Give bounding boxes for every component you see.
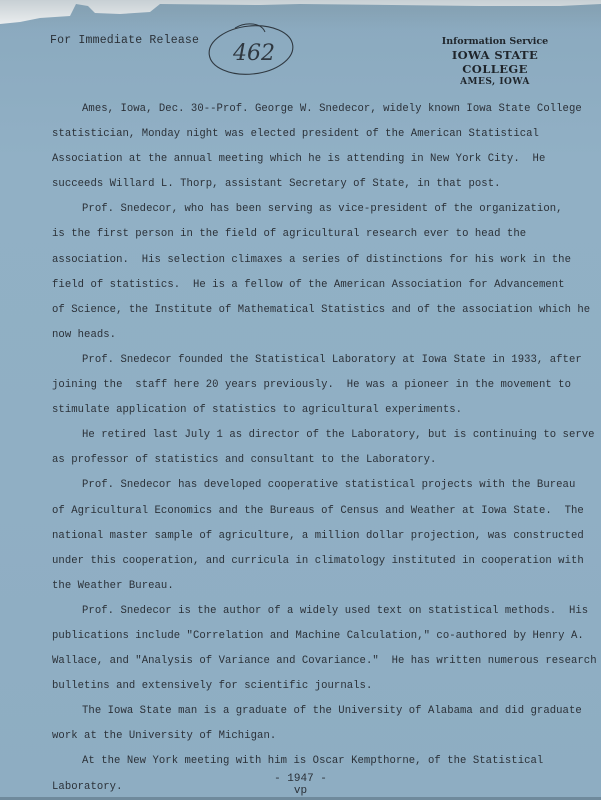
- text-line: Prof. Snedecor, who has been serving as …: [52, 197, 572, 222]
- letterhead-city: AMES, IOWA: [420, 76, 570, 88]
- text-line: as professor of statistics and consultan…: [52, 448, 572, 473]
- footer-initials: vp: [0, 785, 601, 797]
- text-line: statistician, Monday night was elected p…: [52, 122, 572, 147]
- text-line: association. His selection climaxes a se…: [52, 248, 572, 273]
- text-line: Prof. Snedecor is the author of a widely…: [52, 599, 572, 624]
- release-label: For Immediate Release: [50, 34, 199, 47]
- document-page: For Immediate Release 462 Information Se…: [0, 0, 601, 800]
- paragraph: The Iowa State man is a graduate of the …: [52, 699, 572, 749]
- paragraph: Prof. Snedecor founded the Statistical L…: [52, 348, 572, 423]
- letterhead: Information Service IOWA STATE COLLEGE A…: [420, 36, 570, 88]
- text-line: joining the staff here 20 years previous…: [52, 373, 572, 398]
- press-release-body: Ames, Iowa, Dec. 30--Prof. George W. Sne…: [52, 97, 572, 800]
- text-line: is the first person in the field of agri…: [52, 222, 572, 247]
- text-line: He retired last July 1 as director of th…: [52, 423, 572, 448]
- text-line: Ames, Iowa, Dec. 30--Prof. George W. Sne…: [52, 97, 572, 122]
- text-line: At the New York meeting with him is Osca…: [52, 749, 572, 774]
- text-line: work at the University of Michigan.: [52, 724, 572, 749]
- letterhead-college: IOWA STATE COLLEGE: [420, 48, 570, 76]
- text-line: Association at the annual meeting which …: [52, 147, 572, 172]
- text-line: Prof. Snedecor founded the Statistical L…: [52, 348, 572, 373]
- paragraph: He retired last July 1 as director of th…: [52, 423, 572, 473]
- circle-annotation-icon: 462: [205, 18, 297, 78]
- text-line: The Iowa State man is a graduate of the …: [52, 699, 572, 724]
- paragraph: Prof. Snedecor has developed cooperative…: [52, 473, 572, 598]
- text-line: succeeds Willard L. Thorp, assistant Sec…: [52, 172, 572, 197]
- footer-year: - 1947 -: [0, 773, 601, 785]
- text-line: field of statistics. He is a fellow of t…: [52, 273, 572, 298]
- paragraph: Prof. Snedecor, who has been serving as …: [52, 197, 572, 348]
- text-line: publications include "Correlation and Ma…: [52, 624, 572, 649]
- text-line: Wallace, and "Analysis of Variance and C…: [52, 649, 572, 674]
- text-line: of Science, the Institute of Mathematica…: [52, 298, 572, 323]
- text-line: the Weather Bureau.: [52, 574, 572, 599]
- handwritten-number-stamp: 462: [205, 18, 297, 78]
- paragraph: Prof. Snedecor is the author of a widely…: [52, 599, 572, 699]
- text-line: now heads.: [52, 323, 572, 348]
- paragraph: Ames, Iowa, Dec. 30--Prof. George W. Sne…: [52, 97, 572, 197]
- text-line: Prof. Snedecor has developed cooperative…: [52, 473, 572, 498]
- paper-shadow-edge: [0, 0, 601, 30]
- text-line: bulletins and extensively for scientific…: [52, 674, 572, 699]
- letterhead-service: Information Service: [420, 36, 570, 48]
- text-line: stimulate application of statistics to a…: [52, 398, 572, 423]
- handwritten-number: 462: [232, 41, 275, 66]
- text-line: of Agricultural Economics and the Bureau…: [52, 499, 572, 524]
- text-line: national master sample of agriculture, a…: [52, 524, 572, 549]
- text-line: under this cooperation, and curricula in…: [52, 549, 572, 574]
